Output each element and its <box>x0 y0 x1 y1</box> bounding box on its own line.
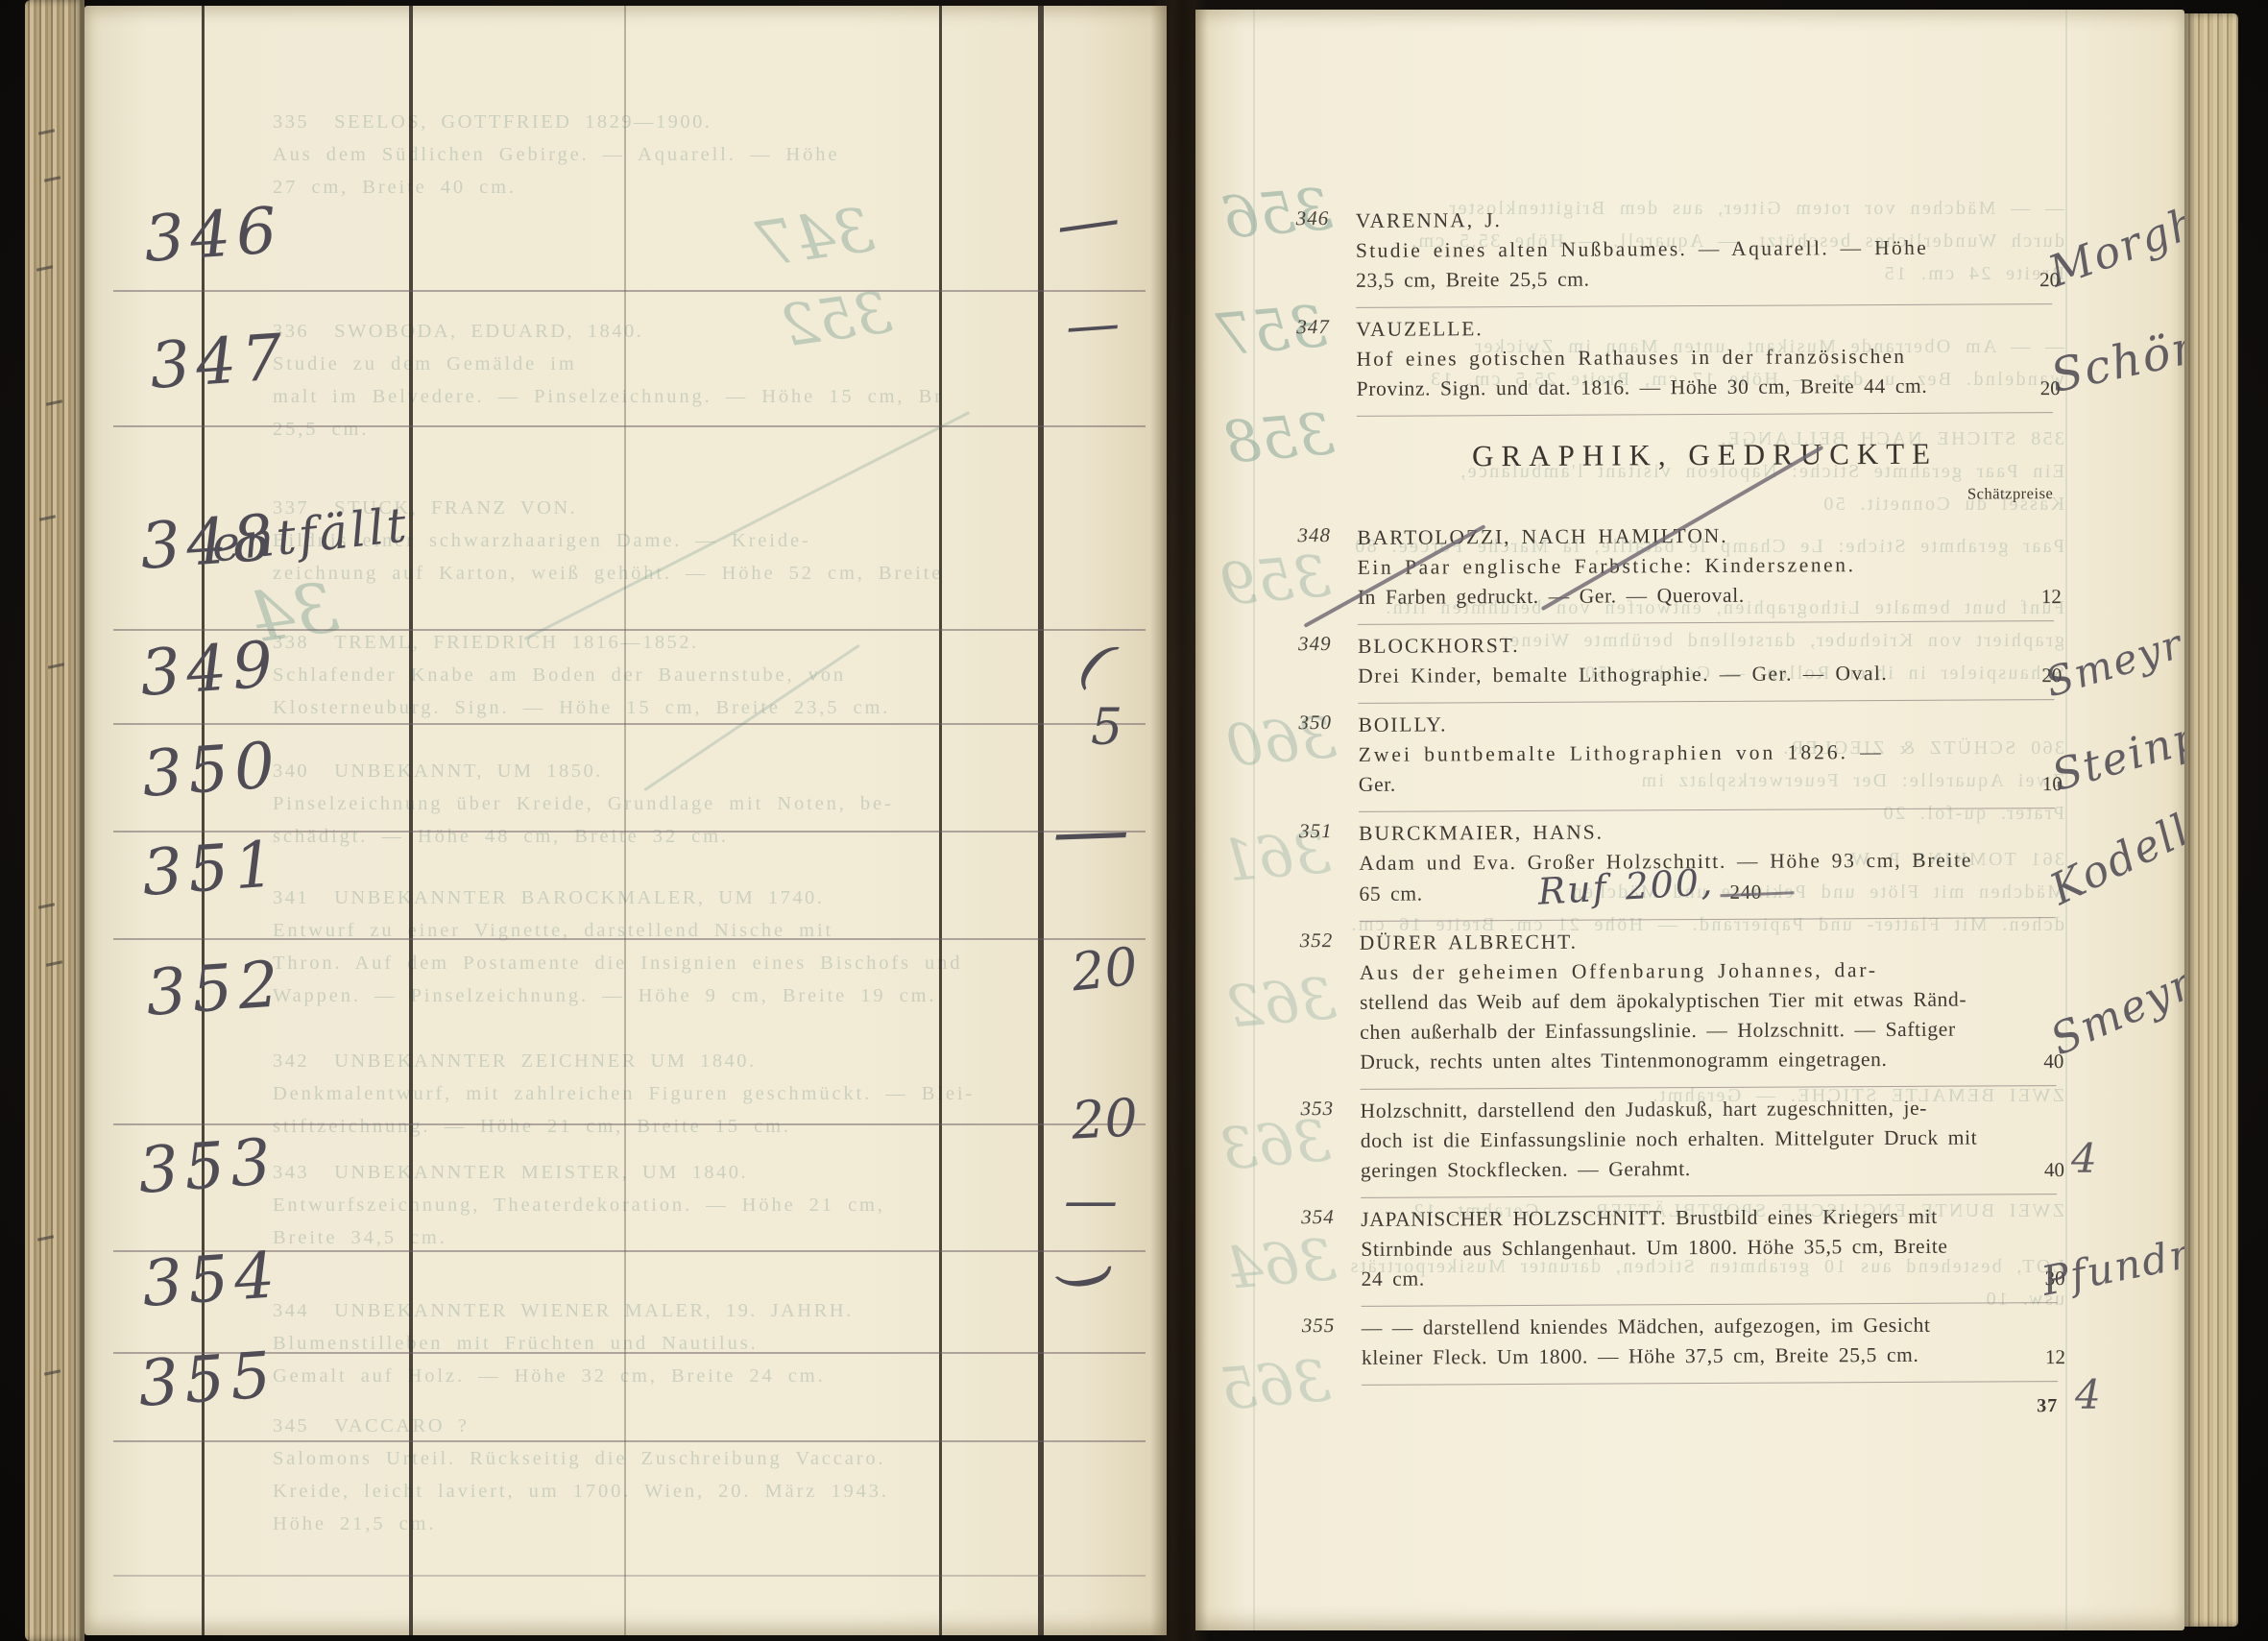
ghost-entry: 340UNBEKANNT, UM 1850. Pinselzeichnung ü… <box>273 755 1022 853</box>
entry-title: VAUZELLE. <box>1356 311 2052 345</box>
ghost-line: malt im Belvedere. — Pinselzeichnung. — … <box>273 380 1022 413</box>
catalog-entry-346: 346 VARENNA, J. Studie eines alten Nußba… <box>1356 196 2053 307</box>
ghost-entry-title: TREML, FRIEDRICH 1816—1852. <box>334 632 698 653</box>
price-column-label: Schätzpreise <box>1357 484 2053 507</box>
fore-edge-mark <box>44 1369 60 1375</box>
ghost-entry: 341UNBEKANNTER BAROCKMALER, UM 1740. Ent… <box>273 881 1022 1012</box>
ghost-entry: 343UNBEKANNTER MEISTER, UM 1840. Entwurf… <box>273 1156 1022 1254</box>
ghost-line: Studie zu dem Gemälde im <box>273 348 1022 380</box>
catalog-entry-348: 348 BARTOLOZZI, NACH HAMILTON. Ein Paar … <box>1357 513 2054 624</box>
fore-edge-mark <box>37 1235 54 1241</box>
ghost-line: stiftzeichnung. — Höhe 21 cm, Breite 15 … <box>273 1110 1022 1143</box>
entry-line: In Farben gedruckt. — Ger. — Queroval. <box>1358 579 2054 613</box>
ghost-entry-number: 343 <box>273 1162 309 1183</box>
ghost-line: zeichnung auf Karton, weiß gehöht. — Höh… <box>273 557 1022 590</box>
ghost-entry-number: 335 <box>273 111 309 133</box>
catalog-entry-350: 350 BOILLY. Zwei buntbemalte Lithographi… <box>1358 700 2055 811</box>
ledger-row-line <box>113 425 1146 427</box>
left-page: 335SEELOS, GOTTFRIED 1829—1900. Aus dem … <box>84 6 1167 1635</box>
ghost-scribble: 347 <box>752 195 878 281</box>
pencil-mark: 20 <box>1069 936 1141 1003</box>
fore-edge-mark <box>46 399 62 405</box>
pencil-mark: — <box>1064 292 1122 358</box>
ghost-entry-title: UNBEKANNTER ZEICHNER UM 1840. <box>334 1050 756 1072</box>
entry-line: Aus der geheimen Offenbarung Johannes, d… <box>1360 954 2056 988</box>
entry-line: Ger. <box>1359 766 2055 800</box>
estimate-price: 12 <box>2045 1345 2065 1369</box>
pencil-mark: — <box>1064 1170 1118 1232</box>
section-heading: GRAPHIK, GEDRUCKTE <box>1357 436 2053 474</box>
entry-title: VARENNA, J. <box>1356 203 2052 236</box>
ghost-line: Pinselzeichnung über Kreide, Grundlage m… <box>273 787 1022 820</box>
pencil-mark: ) <box>1050 1254 1125 1303</box>
ghost-number: 365 <box>1218 1347 1333 1424</box>
entry-line: doch ist die Einfassungslinie noch erhal… <box>1361 1122 2057 1156</box>
ghost-line: Schlafender Knabe am Boden der Bauernstu… <box>273 659 1022 691</box>
entry-line: geringen Stockflecken. — Gerahmt. <box>1361 1152 2057 1186</box>
ghost-line: Gemalt auf Holz. — Höhe 32 cm, Breite 24… <box>273 1360 1022 1392</box>
ghost-line: Blumenstilleben mit Früchten und Nautilu… <box>273 1327 1022 1360</box>
handwritten-lot-number: 349 <box>137 627 280 711</box>
handwritten-bid: Ruf 200, <box>1537 872 1715 902</box>
ghost-line: schädigt. — Höhe 48 cm, Breite 32 cm. <box>273 820 1022 853</box>
entry-number: 346 <box>1296 206 1330 230</box>
entry-line: Drei Kinder, bemalte Lithographie. — Ger… <box>1358 658 2054 691</box>
ghost-line: Wappen. — Pinselzeichnung. — Höhe 9 cm, … <box>273 979 1022 1012</box>
book-gutter-shadow <box>1150 0 1208 1641</box>
fore-edge-mark <box>38 903 55 908</box>
ledger-row-line <box>113 938 1146 940</box>
catalog-entry-352: 352 DÜRER ALBRECHT. Aus der geheimen Off… <box>1360 918 2057 1089</box>
pencil-mark: — <box>1051 181 1124 262</box>
entry-number: 354 <box>1301 1205 1335 1229</box>
ghost-line: Denkmalentwurf, mit zahlreichen Figuren … <box>273 1077 1022 1110</box>
ghost-number: 362 <box>1223 965 1339 1042</box>
entry-line: Ein Paar englische Farbstiche: Kindersze… <box>1358 549 2054 583</box>
ledger-column-line <box>939 6 942 1635</box>
entry-line: Druck, rechts unten altes Tintenmonogram… <box>1360 1044 2056 1077</box>
ghost-line: Aus dem Südlichen Gebirge. — Aquarell. —… <box>273 138 1022 171</box>
entry-line: — — darstellend kniendes Mädchen, aufgez… <box>1362 1310 2058 1343</box>
fore-edge-mark <box>44 176 60 181</box>
entry-number: 348 <box>1297 523 1331 547</box>
ledger-column-line <box>1038 6 1044 1635</box>
entry-number: 351 <box>1299 819 1333 843</box>
ledger-row-line <box>113 1575 1146 1577</box>
scanned-book-spread: 335SEELOS, GOTTFRIED 1829—1900. Aus dem … <box>0 0 2268 1641</box>
ghost-entry-title: SWOBODA, EDUARD, 1840. <box>334 321 643 342</box>
page-edge-stack-right <box>2184 13 2238 1627</box>
catalog-entry-355: 355 — — darstellend kniendes Mädchen, au… <box>1362 1303 2058 1385</box>
ghost-line: Entwurfszeichnung, Theaterdekoration. — … <box>273 1189 1022 1221</box>
entry-title: BURCKMAIER, HANS. <box>1359 815 2055 849</box>
ledger-row-line <box>113 723 1146 725</box>
estimate-price: 40 <box>2044 1158 2064 1182</box>
entry-line: Zwei buntbemalte Lithographien von 1826.… <box>1359 736 2055 770</box>
catalog-entry-351: 351 BURCKMAIER, HANS. Adam und Eva. Groß… <box>1359 808 2056 921</box>
entry-line: 23,5 cm, Breite 25,5 cm. <box>1356 262 2052 296</box>
entry-title: BOILLY. <box>1358 707 2054 740</box>
entry-number: 355 <box>1302 1314 1336 1338</box>
ghost-entry-title: UNBEKANNTER BAROCKMALER, UM 1740. <box>334 887 824 908</box>
ghost-line: Thron. Auf dem Postamente die Insignien … <box>273 947 1022 979</box>
pencil-mark: 5 <box>1091 699 1122 757</box>
fore-edge-mark <box>36 265 53 271</box>
entry-line: Provinz. Sign. und dat. 1816. — Höhe 30 … <box>1357 371 2053 404</box>
page-number: 37 <box>1362 1382 2058 1421</box>
entry-title: BLOCKHORST. <box>1358 628 2054 662</box>
catalog-body: 346 VARENNA, J. Studie eines alten Nußba… <box>1356 196 2059 1421</box>
handwritten-lot-number: 347 <box>147 320 290 403</box>
entry-title: DÜRER ALBRECHT. <box>1360 925 2056 958</box>
handwritten-lot-number: 353 <box>135 1124 278 1208</box>
ghost-line: Entwurf zu einer Vignette, darstellend N… <box>273 914 1022 947</box>
pencil-mark: — <box>1050 784 1130 877</box>
ledger-column-line <box>409 6 413 1635</box>
catalog-entry-349: 349 BLOCKHORST. Drei Kinder, bemalte Lit… <box>1358 621 2054 703</box>
pencil-mark: ( <box>1070 627 1123 700</box>
handwritten-lot-number: 351 <box>139 827 282 910</box>
entry-number: 350 <box>1298 711 1332 735</box>
handwritten-lot-number: 350 <box>139 728 282 811</box>
ghost-entry-number: 345 <box>273 1415 309 1436</box>
ghost-line: Salomons Urteil. Rückseitig die Zuschrei… <box>273 1442 1022 1475</box>
fore-edge-mark <box>39 515 56 520</box>
ghost-line: Höhe 21,5 cm. <box>273 1508 1022 1540</box>
entry-number: 353 <box>1301 1097 1335 1121</box>
ghost-line: Klosterneuburg. Sign. — Höhe 15 cm, Brei… <box>273 691 1022 724</box>
entry-line: Studie eines alten Nußbaumes. — Aquarell… <box>1356 232 2052 266</box>
fore-edge-mark <box>38 129 55 134</box>
entry-line: stellend das Weib auf dem äpokalyptische… <box>1360 984 2056 1018</box>
right-page: — — Mädchen vor rotem Gitter, aus dem Br… <box>1195 10 2184 1630</box>
ghost-number: 364 <box>1223 1226 1339 1303</box>
entry-number: 347 <box>1296 315 1330 339</box>
entry-line: 65 cm.Ruf 200,240 <box>1359 875 2055 909</box>
struck-price: 240 <box>1729 878 1762 907</box>
handwritten-lot-number: 346 <box>141 193 284 277</box>
ghost-line: Kreide, leicht laviert, um 1700. Wien, 2… <box>273 1475 1022 1508</box>
margin-annotation: Smeyrek <box>2039 605 2184 707</box>
ghost-entry: 344UNBEKANNTER WIENER MALER, 19. JAHRH. … <box>273 1294 1022 1392</box>
catalog-entry-354: 354 JAPANISCHER HOLZSCHNITT. Brustbild e… <box>1361 1195 2058 1306</box>
handwritten-lot-number: 354 <box>139 1238 282 1321</box>
ghost-entry: 342UNBEKANNTER ZEICHNER UM 1840. Denkmal… <box>273 1045 1022 1143</box>
estimate-price: 12 <box>2041 585 2062 609</box>
entry-line: Holzschnitt, darstellend den Judaskuß, h… <box>1361 1093 2057 1126</box>
ghost-number: 359 <box>1218 543 1333 619</box>
margin-annotation: 4 <box>2075 1371 2103 1418</box>
ghost-entry-title: UNBEKANNT, UM 1850. <box>334 760 603 782</box>
entry-line: chen außerhalb der Einfassungslinie. — H… <box>1360 1014 2056 1048</box>
entry-line-text: 65 cm. <box>1359 882 1422 905</box>
ledger-row-line <box>113 1440 1146 1442</box>
margin-annotation: Smeyrek <box>2043 935 2184 1066</box>
catalog-entry-347: 347 VAUZELLE. Hof eines gotischen Rathau… <box>1356 304 2053 416</box>
ghost-number: 358 <box>1221 400 1337 477</box>
ledger-column-line <box>624 6 626 1635</box>
ghost-entry-number: 342 <box>273 1050 309 1072</box>
entry-line: Hof eines gotischen Rathauses in der fra… <box>1356 341 2052 374</box>
page-edge-stack-left <box>25 0 84 1641</box>
handwritten-lot-number: 355 <box>135 1338 278 1421</box>
section-heading-block: GRAPHIK, GEDRUCKTE Schätzpreise <box>1357 413 2054 517</box>
ghost-entry: 335SEELOS, GOTTFRIED 1829—1900. Aus dem … <box>273 106 1022 204</box>
ledger-row-line <box>113 290 1146 292</box>
entry-number: 352 <box>1300 929 1334 953</box>
catalog-entry-353: 353 Holzschnitt, darstellend den Judasku… <box>1361 1086 2058 1197</box>
ghost-entry-title: SEELOS, GOTTFRIED 1829—1900. <box>334 111 712 133</box>
ghost-entry-title: VACCARO ? <box>334 1415 469 1436</box>
pencil-mark: 20 <box>1070 1087 1139 1151</box>
margin-annotation: Pfundner <box>2038 1219 2184 1305</box>
entry-line: JAPANISCHER HOLZSCHNITT. Brustbild eines… <box>1361 1201 2057 1235</box>
ghost-line: Breite 34,5 cm. <box>273 1221 1022 1254</box>
ghost-line: 27 cm, Breite 40 cm. <box>273 171 1022 204</box>
ghost-entry: 338TREML, FRIEDRICH 1816—1852. Schlafend… <box>273 626 1022 724</box>
margin-annotation: 4 <box>2071 1135 2099 1182</box>
entry-number: 349 <box>1298 632 1332 656</box>
ghost-entry: 345VACCARO ? Salomons Urteil. Rückseitig… <box>273 1410 1022 1540</box>
fore-edge-mark <box>46 960 62 966</box>
ghost-entry-title: UNBEKANNTER MEISTER, UM 1840. <box>334 1162 748 1183</box>
handwritten-lot-number: 352 <box>143 947 286 1030</box>
entry-line: kleiner Fleck. Um 1800. — Höhe 37,5 cm, … <box>1362 1339 2058 1373</box>
entry-line: 24 cm. <box>1361 1261 2057 1294</box>
fore-edge-mark <box>48 663 64 668</box>
entry-line: Stirnbinde aus Schlangenhaut. Um 1800. H… <box>1361 1231 2057 1265</box>
